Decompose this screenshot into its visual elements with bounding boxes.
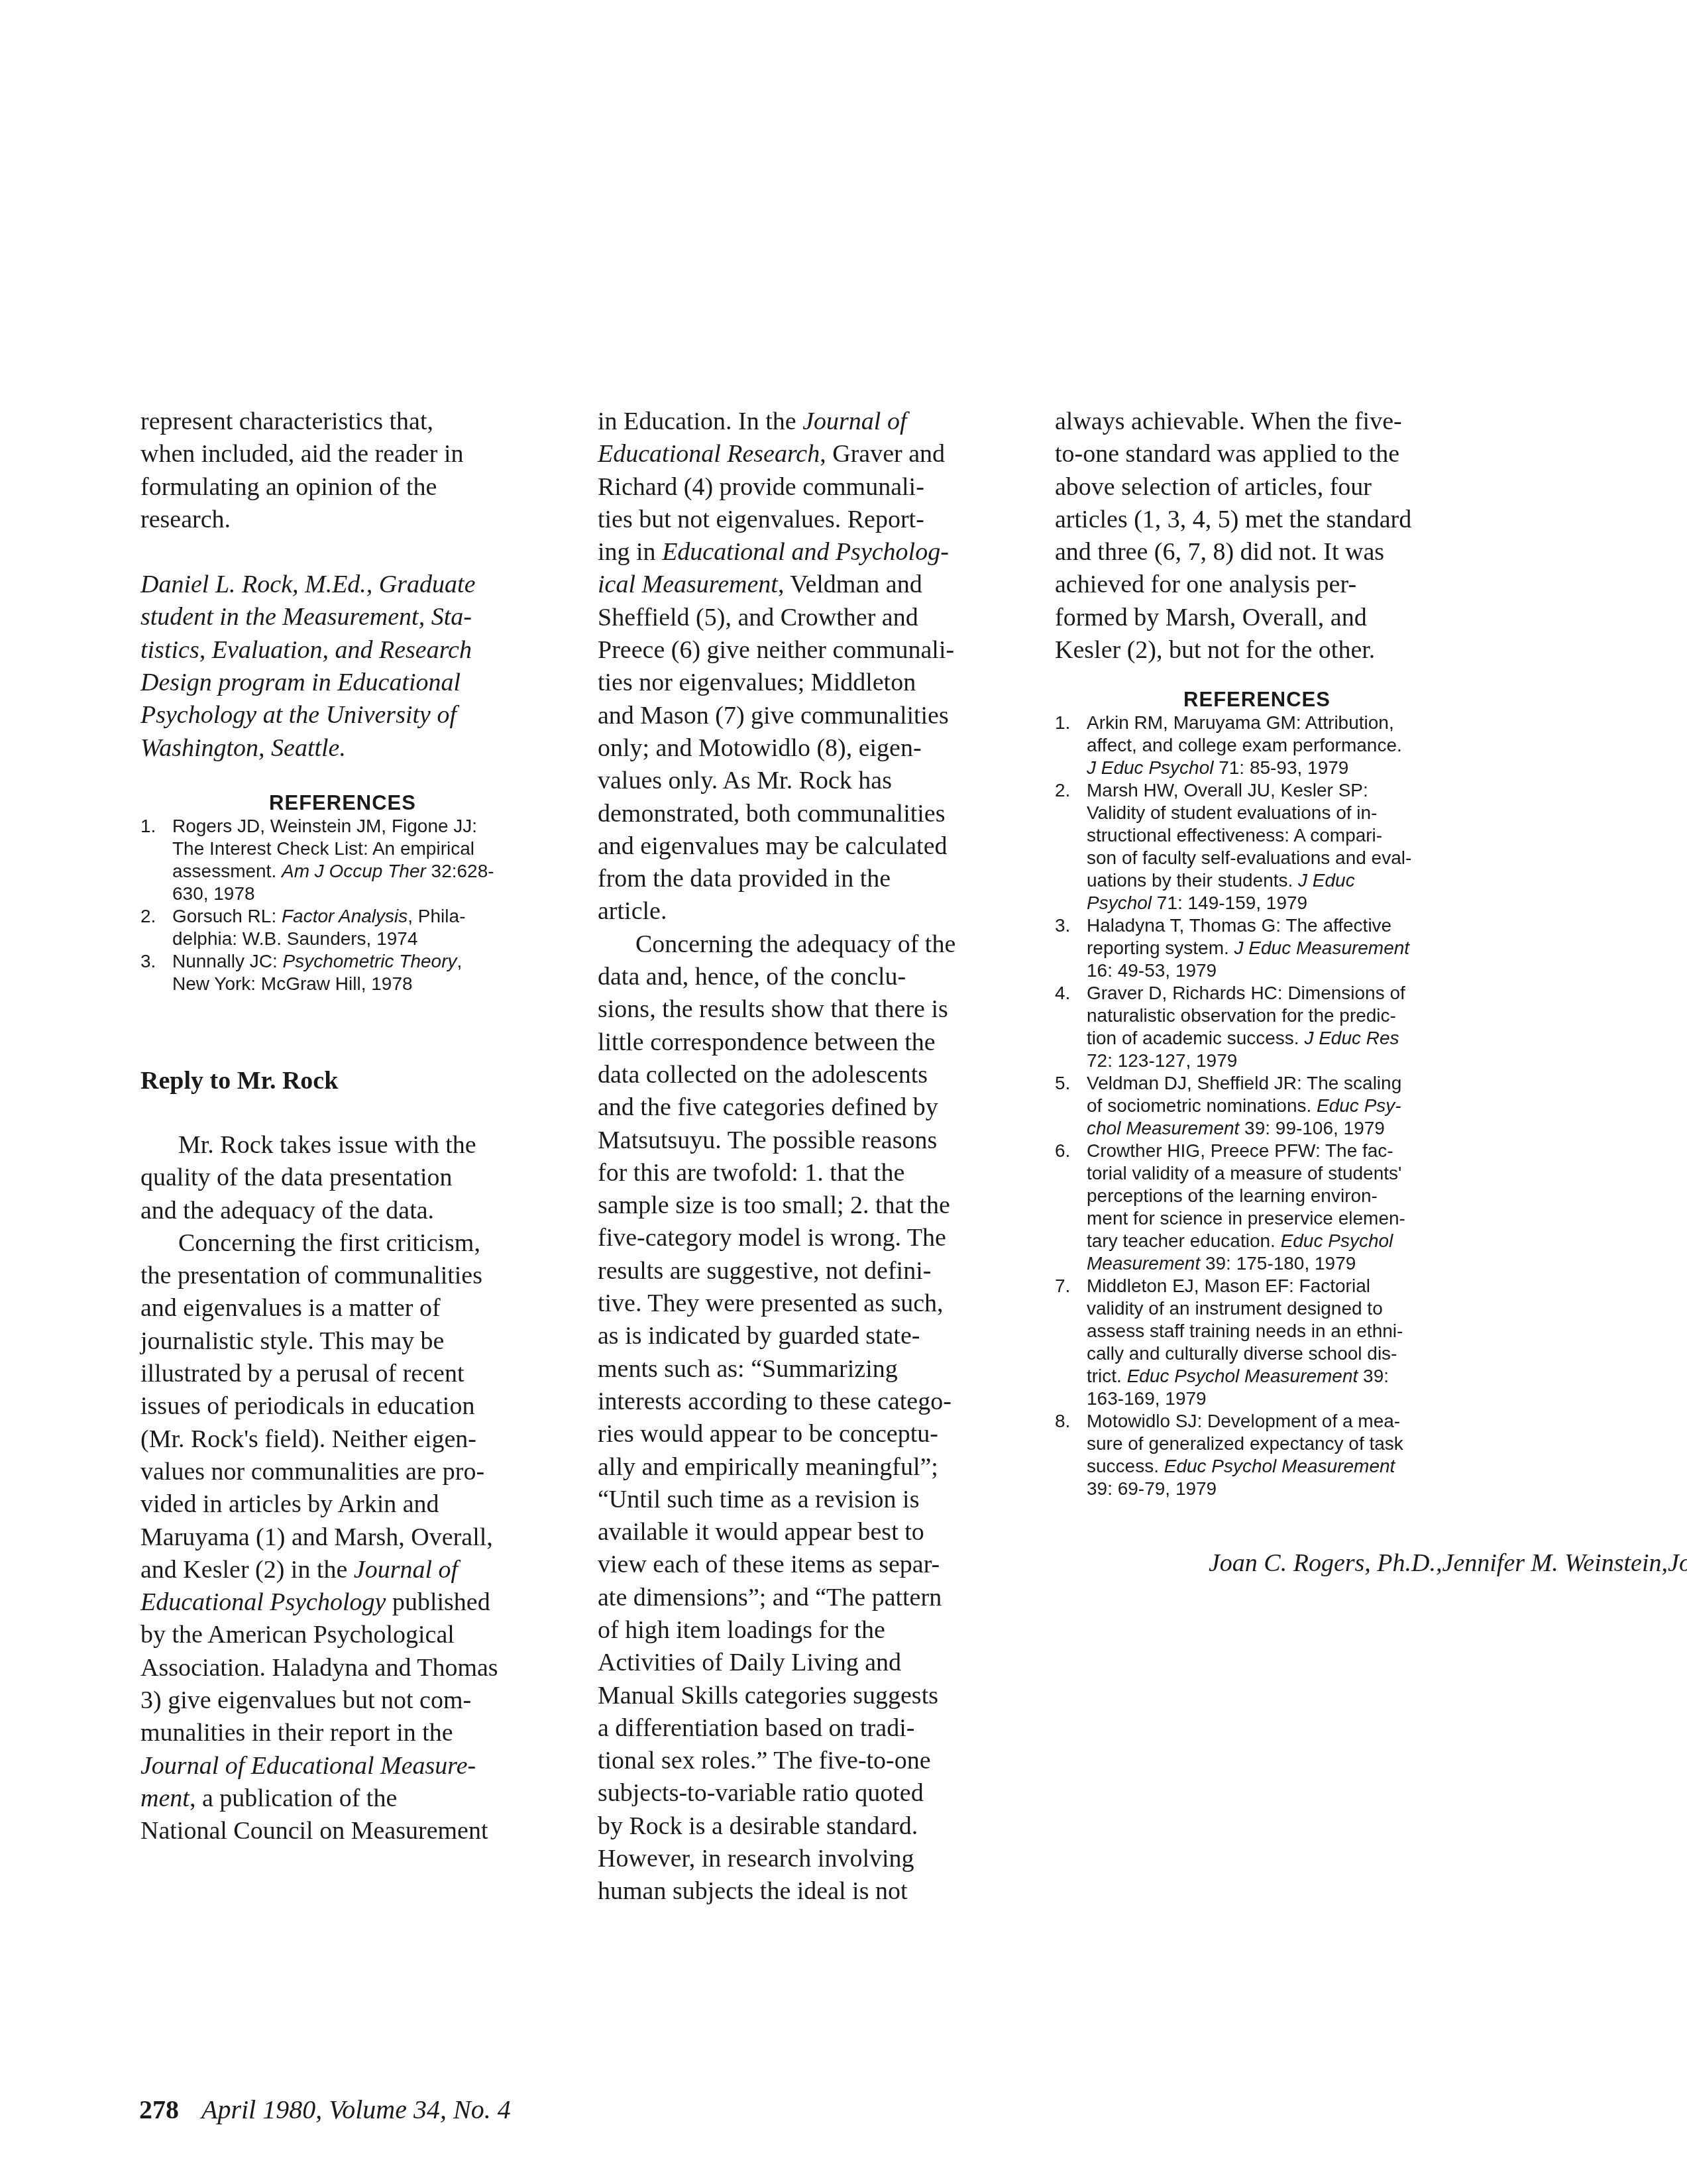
text-line: data and, hence, of the conclu- bbox=[598, 961, 1002, 993]
text-line: for this are twofold: 1. that the bbox=[598, 1157, 1002, 1189]
reference-number: 6. bbox=[1055, 1140, 1070, 1162]
reference-line: Marsh HW, Overall JU, Kesler SP: bbox=[1087, 779, 1459, 802]
text-line: Joanne J. Figone, M.A. bbox=[1668, 1549, 1687, 1577]
text-line: above selection of articles, four bbox=[1055, 471, 1459, 504]
text-line: human subjects the ideal is not bbox=[598, 1875, 1002, 1908]
text-line: by Rock is a desirable standard. bbox=[598, 1810, 1002, 1843]
text-line: Daniel L. Rock, M.Ed., Graduate bbox=[140, 569, 545, 601]
reference-line: 163-169, 1979 bbox=[1087, 1388, 1459, 1410]
text-line: as is indicated by guarded state- bbox=[598, 1320, 1002, 1352]
reference-line: tary teacher education. Educ Psychol bbox=[1087, 1230, 1459, 1252]
text-line: and the adequacy of the data. bbox=[140, 1195, 545, 1227]
text-line: National Council on Measurement bbox=[140, 1815, 545, 1847]
reference-item: 4.Graver D, Richards HC: Dimensions ofna… bbox=[1055, 982, 1459, 1072]
reference-line: The Interest Check List: An empirical bbox=[172, 838, 545, 860]
reference-line: Psychol 71: 149-159, 1979 bbox=[1087, 892, 1459, 914]
text-line: 3) give eigenvalues but not com- bbox=[140, 1684, 545, 1717]
reference-number: 8. bbox=[1055, 1410, 1070, 1433]
reference-list: 1.Arkin RM, Maruyama GM: Attribution,aff… bbox=[1055, 712, 1459, 1500]
right-body: always achievable. When the five-to-one … bbox=[1055, 406, 1459, 667]
text-line: represent characteristics that, bbox=[140, 406, 545, 438]
text-line: Journal of Educational Measure- bbox=[140, 1750, 545, 1782]
text-line: ment, a publication of the bbox=[140, 1782, 545, 1815]
reference-line: Graver D, Richards HC: Dimensions of bbox=[1087, 982, 1459, 1005]
reference-item: 7.Middleton EJ, Mason EF: Factorialvalid… bbox=[1055, 1275, 1459, 1410]
reference-number: 2. bbox=[1055, 779, 1070, 802]
text-line: interests according to these catego- bbox=[598, 1386, 1002, 1418]
text-line: Psychology at the University of bbox=[140, 699, 545, 732]
reference-line: Crowther HIG, Preece PFW: The fac- bbox=[1087, 1140, 1459, 1162]
text-line: values nor communalities are pro- bbox=[140, 1456, 545, 1488]
text-line: munalities in their report in the bbox=[140, 1717, 545, 1749]
reference-item: 5.Veldman DJ, Sheffield JR: The scalingo… bbox=[1055, 1072, 1459, 1140]
text-line: view each of these items as separ- bbox=[598, 1549, 1002, 1581]
text-line: tive. They were presented as such, bbox=[598, 1287, 1002, 1320]
text-line: and Kesler (2) in the Journal of bbox=[140, 1554, 545, 1586]
text-line: from the data provided in the bbox=[598, 863, 1002, 895]
reference-number: 2. bbox=[140, 905, 156, 928]
reference-line: structional effectiveness: A compari- bbox=[1087, 824, 1459, 847]
issue-info: April 1980, Volume 34, No. 4 bbox=[201, 2095, 511, 2124]
text-line: formed by Marsh, Overall, and bbox=[1055, 602, 1459, 634]
text-line: of high item loadings for the bbox=[598, 1614, 1002, 1647]
reference-line: Arkin RM, Maruyama GM: Attribution, bbox=[1087, 712, 1459, 734]
text-line: by the American Psychological bbox=[140, 1619, 545, 1651]
text-line: formulating an opinion of the bbox=[140, 471, 545, 504]
text-line: (Mr. Rock's field). Neither eigen- bbox=[140, 1423, 545, 1456]
middle-body: in Education. In the Journal ofEducation… bbox=[598, 406, 1002, 1908]
text-line: Association. Haladyna and Thomas bbox=[140, 1652, 545, 1684]
reference-list: 1.Rogers JD, Weinstein JM, Figone JJ:The… bbox=[140, 815, 545, 995]
text-line: ties nor eigenvalues; Middleton bbox=[598, 667, 1002, 699]
text-line: Jennifer M. Weinstein, bbox=[1442, 1549, 1668, 1577]
text-line: Educational Psychology published bbox=[140, 1586, 545, 1619]
text-line: Preece (6) give neither communali- bbox=[598, 634, 1002, 667]
text-line: journalistic style. This may be bbox=[140, 1325, 545, 1358]
reference-item: 2.Marsh HW, Overall JU, Kesler SP:Validi… bbox=[1055, 779, 1459, 914]
references-heading: REFERENCES bbox=[1055, 688, 1459, 712]
page-number: 278 bbox=[139, 2095, 179, 2124]
text-line: ical Measurement, Veldman and bbox=[598, 569, 1002, 601]
text-line: Maruyama (1) and Marsh, Overall, bbox=[140, 1521, 545, 1554]
text-line: values only. As Mr. Rock has bbox=[598, 765, 1002, 797]
text-line: Concerning the adequacy of the bbox=[598, 928, 1002, 961]
reference-line: uations by their students. J Educ bbox=[1087, 869, 1459, 892]
reference-line: Haladyna T, Thomas G: The affective bbox=[1087, 914, 1459, 937]
reference-line: trict. Educ Psychol Measurement 39: bbox=[1087, 1365, 1459, 1388]
text-line: sions, the results show that there is bbox=[598, 993, 1002, 1026]
text-line: results are suggestive, not defini- bbox=[598, 1255, 1002, 1287]
text-line: ments such as: “Summarizing bbox=[598, 1353, 1002, 1386]
reference-item: 3.Haladyna T, Thomas G: The affectiverep… bbox=[1055, 914, 1459, 982]
intro-paragraph: represent characteristics that,when incl… bbox=[140, 406, 545, 536]
text-line: Sheffield (5), and Crowther and bbox=[598, 602, 1002, 634]
reference-line: torial validity of a measure of students… bbox=[1087, 1162, 1459, 1185]
reference-item: 1.Arkin RM, Maruyama GM: Attribution,aff… bbox=[1055, 712, 1459, 779]
text-line: illustrated by a perusal of recent bbox=[140, 1358, 545, 1390]
reply-body: Mr. Rock takes issue with thequality of … bbox=[140, 1129, 545, 1848]
text-line: Concerning the first criticism, bbox=[140, 1227, 545, 1260]
text-line: Design program in Educational bbox=[140, 667, 545, 699]
reference-line: 39: 69-79, 1979 bbox=[1087, 1478, 1459, 1500]
reference-item: 3.Nunnally JC: Psychometric Theory,New Y… bbox=[140, 950, 545, 995]
reference-item: 2.Gorsuch RL: Factor Analysis, Phila-del… bbox=[140, 905, 545, 950]
text-line: the presentation of communalities bbox=[140, 1260, 545, 1292]
text-line: subjects-to-variable ratio quoted bbox=[598, 1777, 1002, 1810]
text-line: always achievable. When the five- bbox=[1055, 406, 1459, 438]
reference-line: assess staff training needs in an ethni- bbox=[1087, 1320, 1459, 1342]
right-column: always achievable. When the five-to-one … bbox=[1055, 406, 1459, 1580]
reference-number: 3. bbox=[140, 950, 156, 973]
reference-line: Measurement 39: 175-180, 1979 bbox=[1087, 1252, 1459, 1275]
text-line: quality of the data presentation bbox=[140, 1162, 545, 1194]
reference-line: cally and culturally diverse school dis- bbox=[1087, 1342, 1459, 1365]
reference-line: 630, 1978 bbox=[172, 883, 545, 905]
text-line: Washington, Seattle. bbox=[140, 732, 545, 765]
text-line: in Education. In the Journal of bbox=[598, 406, 1002, 438]
text-line: tistics, Evaluation, and Research bbox=[140, 634, 545, 667]
text-line: research. bbox=[140, 504, 545, 536]
text-line: issues of periodicals in education bbox=[140, 1390, 545, 1423]
text-line: Manual Skills categories suggests bbox=[598, 1680, 1002, 1712]
text-line: when included, aid the reader in bbox=[140, 438, 545, 470]
text-line: available it would appear best to bbox=[598, 1516, 1002, 1549]
section-heading: Reply to Mr. Rock bbox=[140, 1065, 545, 1096]
reference-number: 5. bbox=[1055, 1072, 1070, 1095]
reference-line: perceptions of the learning environ- bbox=[1087, 1185, 1459, 1207]
text-line: ties but not eigenvalues. Report- bbox=[598, 504, 1002, 536]
text-line: student in the Measurement, Sta- bbox=[140, 601, 545, 633]
references-heading: REFERENCES bbox=[140, 791, 545, 815]
text-line: Kesler (2), but not for the other. bbox=[1055, 634, 1459, 667]
reference-number: 1. bbox=[1055, 712, 1070, 734]
reference-line: 72: 123-127, 1979 bbox=[1087, 1050, 1459, 1072]
page-footer: 278 April 1980, Volume 34, No. 4 bbox=[139, 2094, 511, 2125]
text-line: sample size is too small; 2. that the bbox=[598, 1189, 1002, 1222]
reference-line: of sociometric nominations. Educ Psy- bbox=[1087, 1095, 1459, 1117]
text-line: “Until such time as a revision is bbox=[598, 1484, 1002, 1516]
text-line: ate dimensions”; and “The pattern bbox=[598, 1582, 1002, 1614]
text-line: However, in research involving bbox=[598, 1843, 1002, 1875]
reference-line: J Educ Psychol 71: 85-93, 1979 bbox=[1087, 757, 1459, 779]
reference-line: 16: 49-53, 1979 bbox=[1087, 959, 1459, 982]
text-line: achieved for one analysis per- bbox=[1055, 569, 1459, 601]
reference-line: naturalistic observation for the predic- bbox=[1087, 1005, 1459, 1027]
text-line: data collected on the adolescents bbox=[598, 1059, 1002, 1091]
text-line: five-category model is wrong. The bbox=[598, 1222, 1002, 1254]
text-line: and Mason (7) give communalities bbox=[598, 700, 1002, 732]
reference-item: 1.Rogers JD, Weinstein JM, Figone JJ:The… bbox=[140, 815, 545, 905]
reference-line: affect, and college exam performance. bbox=[1087, 734, 1459, 757]
reference-item: 8.Motowidlo SJ: Development of a mea-sur… bbox=[1055, 1410, 1459, 1500]
text-line: only; and Motowidlo (8), eigen- bbox=[598, 732, 1002, 765]
text-line: a differentiation based on tradi- bbox=[598, 1712, 1002, 1745]
text-line: Richard (4) provide communali- bbox=[598, 471, 1002, 504]
text-line: vided in articles by Arkin and bbox=[140, 1488, 545, 1521]
text-line: Joan C. Rogers, Ph.D., bbox=[1209, 1549, 1442, 1577]
text-line: article. bbox=[598, 895, 1002, 928]
text-line: articles (1, 3, 4, 5) met the standard bbox=[1055, 504, 1459, 536]
text-line: and three (6, 7, 8) did not. It was bbox=[1055, 536, 1459, 569]
text-line: tional sex roles.” The five-to-one bbox=[598, 1745, 1002, 1777]
reference-line: Middleton EJ, Mason EF: Factorial bbox=[1087, 1275, 1459, 1297]
reference-line: delphia: W.B. Saunders, 1974 bbox=[172, 928, 545, 950]
text-line: and eigenvalues is a matter of bbox=[140, 1292, 545, 1325]
text-line: ries would appear to be conceptu- bbox=[598, 1418, 1002, 1450]
reference-item: 6.Crowther HIG, Preece PFW: The fac-tori… bbox=[1055, 1140, 1459, 1275]
left-column: represent characteristics that,when incl… bbox=[140, 406, 545, 1848]
reference-line: ment for science in preservice elemen- bbox=[1087, 1207, 1459, 1230]
reference-line: Veldman DJ, Sheffield JR: The scaling bbox=[1087, 1072, 1459, 1095]
text-line: Mr. Rock takes issue with the bbox=[140, 1129, 545, 1162]
reference-line: validity of an instrument designed to bbox=[1087, 1297, 1459, 1320]
reference-line: Nunnally JC: Psychometric Theory, bbox=[172, 950, 545, 973]
reference-line: sure of generalized expectancy of task bbox=[1087, 1433, 1459, 1455]
text-line: demonstrated, both communalities bbox=[598, 798, 1002, 830]
reference-line: Rogers JD, Weinstein JM, Figone JJ: bbox=[172, 815, 545, 838]
reference-line: chol Measurement 39: 99-106, 1979 bbox=[1087, 1117, 1459, 1140]
text-line: little correspondence between the bbox=[598, 1026, 1002, 1059]
reference-number: 7. bbox=[1055, 1275, 1070, 1297]
reference-line: Motowidlo SJ: Development of a mea- bbox=[1087, 1410, 1459, 1433]
reference-line: tion of academic success. J Educ Res bbox=[1087, 1027, 1459, 1050]
reference-line: Validity of student evaluations of in- bbox=[1087, 802, 1459, 824]
text-line: and the five categories defined by bbox=[598, 1091, 1002, 1124]
text-line: and eigenvalues may be calculated bbox=[598, 830, 1002, 863]
reference-line: assessment. Am J Occup Ther 32:628- bbox=[172, 860, 545, 883]
reference-number: 3. bbox=[1055, 914, 1070, 937]
signature-block: Joan C. Rogers, Ph.D.,Jennifer M. Weinst… bbox=[1055, 1547, 1459, 1580]
reference-line: success. Educ Psychol Measurement bbox=[1087, 1455, 1459, 1478]
text-line: Educational Research, Graver and bbox=[598, 438, 1002, 470]
text-line: Matsutsuyu. The possible reasons bbox=[598, 1124, 1002, 1157]
reference-line: Gorsuch RL: Factor Analysis, Phila- bbox=[172, 905, 545, 928]
text-line: ally and empirically meaningful”; bbox=[598, 1451, 1002, 1484]
reference-number: 1. bbox=[140, 815, 156, 838]
reference-number: 4. bbox=[1055, 982, 1070, 1005]
text-line: to-one standard was applied to the bbox=[1055, 438, 1459, 470]
reference-line: New York: McGraw Hill, 1978 bbox=[172, 973, 545, 995]
text-line: ing in Educational and Psycholog- bbox=[598, 536, 1002, 569]
author-bio: Daniel L. Rock, M.Ed., Graduatestudent i… bbox=[140, 569, 545, 765]
middle-column: in Education. In the Journal ofEducation… bbox=[598, 406, 1002, 1908]
reference-line: reporting system. J Educ Measurement bbox=[1087, 937, 1459, 959]
reference-line: son of faculty self-evaluations and eval… bbox=[1087, 847, 1459, 869]
text-line: Activities of Daily Living and bbox=[598, 1647, 1002, 1679]
